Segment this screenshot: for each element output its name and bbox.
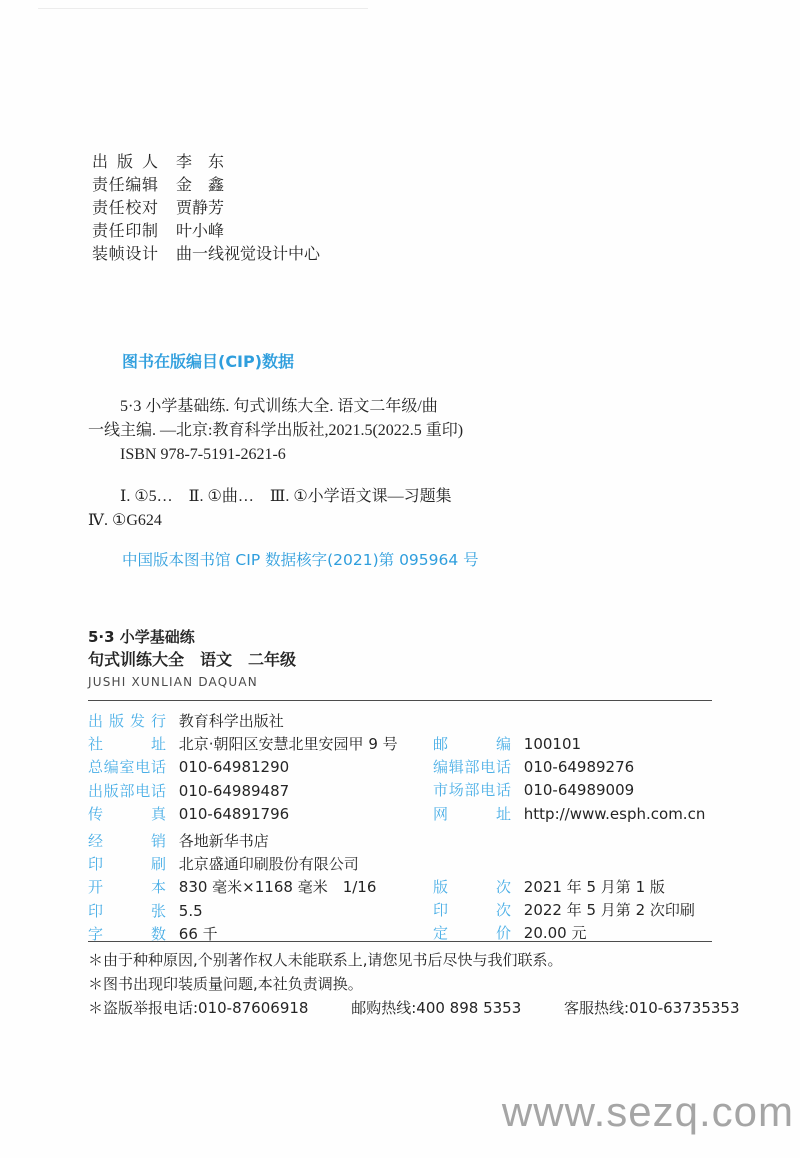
info-row: 出版部电话 010-64989487 (88, 780, 398, 803)
info-row: 字数 66 千 (88, 923, 376, 946)
info-value: 5.5 (179, 902, 203, 920)
info-label: 网址 (433, 803, 511, 826)
credit-value: 叶小峰 (176, 223, 224, 240)
info-row: 社址 北京·朝阳区安慧北里安园甲 9 号 (88, 733, 398, 756)
info-value: 100101 (524, 735, 581, 753)
info-value: 010-64989487 (179, 782, 289, 800)
info-label: 出版部电话 (88, 780, 166, 803)
info-value: 教育科学出版社 (179, 712, 284, 730)
credit-value: 金 鑫 (176, 177, 224, 194)
book-title: 句式训练大全 语文 二年级 (88, 648, 296, 671)
cip-heading: 图书在版编目(CIP)数据 (122, 349, 294, 372)
publishing-info-left: 出版发行 教育科学出版社 社址 北京·朝阳区安慧北里安园甲 9 号 总编室电话 … (88, 710, 398, 826)
info-value: 010-64989276 (524, 758, 634, 776)
cip-record: 中国版本图书馆 CIP 数据核字(2021)第 095964 号 (122, 548, 479, 570)
staff-credits: 出版人 李 东 责任编辑 金 鑫 责任校对 贾静芳 责任印制 叶小峰 装帧设计 … (92, 151, 320, 266)
info-value: 010-64989009 (524, 781, 634, 799)
printing-info-left: 经销 各地新华书店 印刷 北京盛通印刷股份有限公司 开本 830 毫米×1168… (88, 830, 376, 946)
info-row: 总编室电话 010-64981290 (88, 756, 398, 779)
cip-class-line: Ⅰ. ①5… Ⅱ. ①曲… Ⅲ. ①小学语文课—习题集 (88, 485, 528, 509)
credit-row: 责任印制 叶小峰 (92, 220, 320, 243)
info-label: 印次 (433, 899, 511, 922)
credit-value: 李 东 (176, 154, 224, 171)
credit-value: 曲一线视觉设计中心 (176, 246, 320, 263)
footer-note: ＊图书出现印装质量问题,本社负责调换。 (88, 972, 740, 996)
info-row: 经销 各地新华书店 (88, 830, 376, 853)
info-value: 北京·朝阳区安慧北里安园甲 9 号 (179, 735, 398, 753)
footer-note: ＊由于种种原因,个别著作权人未能联系上,请您见书后尽快与我们联系。 (88, 948, 740, 972)
watermark: www.sezq.com (502, 1088, 794, 1136)
info-label: 总编室电话 (88, 756, 166, 779)
info-value: 830 毫米×1168 毫米 1/16 (179, 878, 377, 896)
info-label: 出版发行 (88, 710, 166, 733)
info-value: 010-64891796 (179, 805, 289, 823)
isbn: ISBN 978-7-5191-2621-6 (88, 443, 528, 467)
footer-hotline: 客服热线:010-63735353 (564, 999, 739, 1017)
info-label: 开本 (88, 876, 166, 899)
info-label: 印刷 (88, 853, 166, 876)
info-row: 版次 2021 年 5 月第 1 版 (433, 876, 695, 899)
info-row: 邮编 100101 (433, 733, 705, 756)
footer-note: ＊盗版举报电话:010-87606918 邮购热线:400 898 5353 客… (88, 996, 740, 1020)
info-label: 定价 (433, 922, 511, 945)
info-value: 北京盛通印刷股份有限公司 (179, 855, 359, 873)
cip-line: 5·3 小学基础练. 句式训练大全. 语文二年级/曲 (88, 395, 528, 419)
cip-paragraph: 5·3 小学基础练. 句式训练大全. 语文二年级/曲 一线主编. —北京:教育科… (88, 395, 528, 467)
info-row: 网址 http://www.esph.com.cn (433, 803, 705, 826)
info-label: 邮编 (433, 733, 511, 756)
divider-rule (88, 941, 712, 942)
info-value: 2021 年 5 月第 1 版 (524, 878, 665, 896)
footer-notes: ＊由于种种原因,个别著作权人未能联系上,请您见书后尽快与我们联系。 ＊图书出现印… (88, 948, 740, 1020)
credit-label: 装帧设计 (92, 243, 158, 266)
printing-info-right: 版次 2021 年 5 月第 1 版 印次 2022 年 5 月第 2 次印刷 … (433, 876, 695, 946)
info-label: 版次 (433, 876, 511, 899)
cip-line: 一线主编. —北京:教育科学出版社,2021.5(2022.5 重印) (88, 419, 528, 443)
info-row: 传真 010-64891796 (88, 803, 398, 826)
divider-rule (88, 700, 712, 701)
credit-row: 出版人 李 东 (92, 151, 320, 174)
info-row: 编辑部电话 010-64989276 (433, 756, 705, 779)
credit-label: 责任校对 (92, 197, 158, 220)
credit-row: 责任校对 贾静芳 (92, 197, 320, 220)
cip-classification: Ⅰ. ①5… Ⅱ. ①曲… Ⅲ. ①小学语文课—习题集 Ⅳ. ①G624 (88, 485, 528, 533)
info-value: 各地新华书店 (179, 832, 269, 850)
credit-row: 装帧设计 曲一线视觉设计中心 (92, 243, 320, 266)
publishing-info-right: 邮编 100101 编辑部电话 010-64989276 市场部电话 010-6… (433, 733, 705, 826)
credit-row: 责任编辑 金 鑫 (92, 174, 320, 197)
cip-class-line: Ⅳ. ①G624 (88, 509, 528, 533)
info-row: 开本 830 毫米×1168 毫米 1/16 (88, 876, 376, 899)
info-value: 2022 年 5 月第 2 次印刷 (524, 901, 695, 919)
info-label: 字数 (88, 923, 166, 946)
info-value: 010-64981290 (179, 758, 289, 776)
footer-hotline: ＊盗版举报电话:010-87606918 (88, 999, 308, 1017)
info-row: 出版发行 教育科学出版社 (88, 710, 398, 733)
scan-artifact (38, 8, 368, 9)
pinyin-title: JUSHI XUNLIAN DAQUAN (88, 671, 296, 693)
info-row: 市场部电话 010-64989009 (433, 779, 705, 802)
info-label: 市场部电话 (433, 779, 511, 802)
info-value: 20.00 元 (524, 924, 587, 942)
copyright-page: 出版人 李 东 责任编辑 金 鑫 责任校对 贾静芳 责任印制 叶小峰 装帧设计 … (0, 0, 800, 1158)
info-label: 经销 (88, 830, 166, 853)
info-label: 传真 (88, 803, 166, 826)
series-title: 5·3 小学基础练 (88, 626, 296, 648)
info-row: 印刷 北京盛通印刷股份有限公司 (88, 853, 376, 876)
info-label: 编辑部电话 (433, 756, 511, 779)
info-label: 社址 (88, 733, 166, 756)
credit-value: 贾静芳 (176, 200, 224, 217)
info-row: 印张 5.5 (88, 900, 376, 923)
credit-label: 责任印制 (92, 220, 158, 243)
credit-label: 责任编辑 (92, 174, 158, 197)
info-row: 定价 20.00 元 (433, 922, 695, 945)
info-value: http://www.esph.com.cn (524, 805, 706, 823)
info-row: 印次 2022 年 5 月第 2 次印刷 (433, 899, 695, 922)
footer-hotline: 邮购热线:400 898 5353 (351, 999, 521, 1017)
title-block: 5·3 小学基础练 句式训练大全 语文 二年级 JUSHI XUNLIAN DA… (88, 626, 296, 693)
credit-label: 出版人 (92, 151, 158, 174)
info-label: 印张 (88, 900, 166, 923)
